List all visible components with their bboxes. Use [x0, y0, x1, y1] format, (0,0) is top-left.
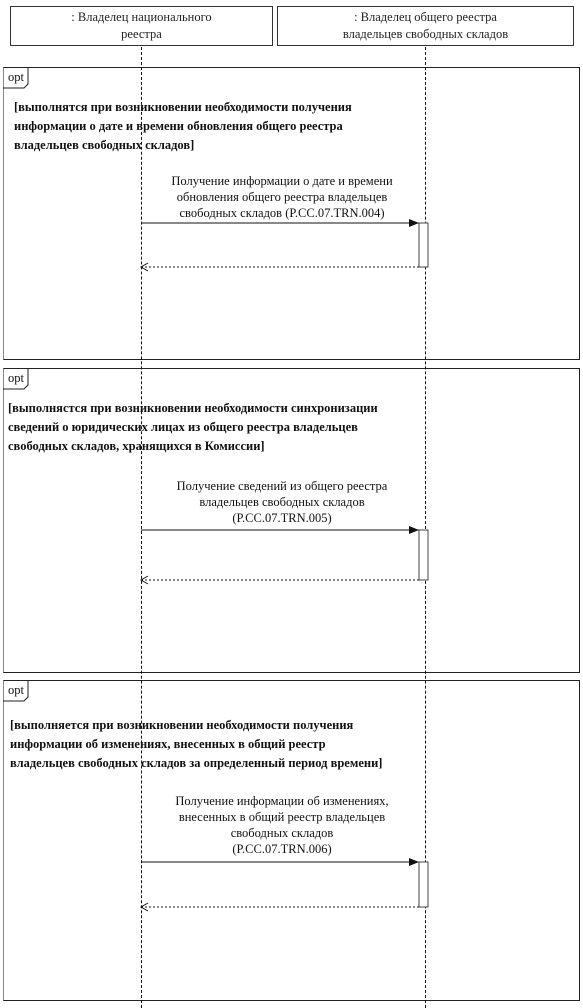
message-trn-005 [141, 530, 428, 584]
message-arrows [0, 0, 583, 1008]
message-trn-004 [141, 223, 428, 271]
message-trn-006 [141, 862, 428, 911]
